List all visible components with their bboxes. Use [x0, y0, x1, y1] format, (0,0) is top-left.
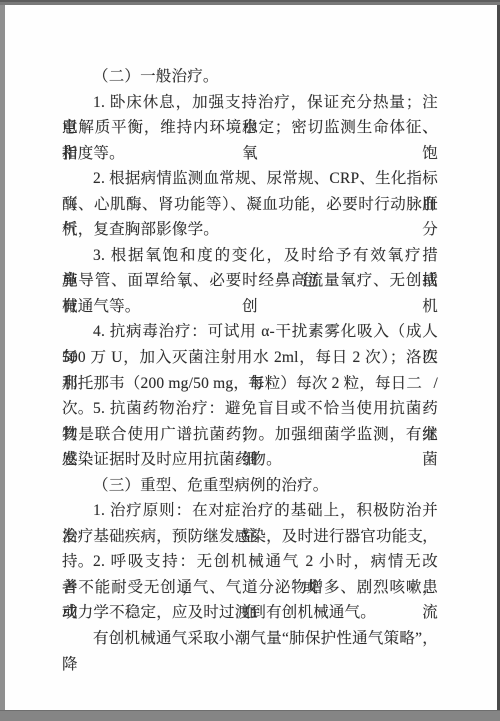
text-line: 酶、心肌酶、肾功能等）、凝血功能，必要时行动脉血气分: [62, 192, 438, 218]
text-line: 4. 抗病毒治疗：可试用 α-干扰素雾化吸入（成人每次: [62, 319, 438, 345]
text-line: 利托那韦（200 mg/50 mg，每粒）每次 2 粒，每日二次。: [62, 371, 438, 397]
text-line: 2. 呼吸支持：无创机械通气 2 小时，病情无改善，或患: [62, 549, 438, 575]
scan-edge-top: [0, 0, 500, 5]
text-line: 3. 根据氧饱和度的变化，及时给予有效氧疗措施，包括: [62, 243, 438, 269]
text-line: 5. 抗菌药物治疗：避免盲目或不恰当使用抗菌药物，尤: [62, 396, 438, 422]
scan-edge-bottom: [0, 710, 500, 721]
section-heading: （三）重型、危重型病例的治疗。: [62, 473, 438, 499]
text-line: 有创机械通气采取小潮气量“肺保护性通气策略”，降: [62, 626, 438, 652]
scan-edge-left: [0, 5, 5, 710]
text-line: 1. 卧床休息，加强支持治疗，保证充分热量；注意水、: [62, 90, 438, 116]
text-line: 鼻导管、面罩给氧、必要时经鼻高流量氧疗、无创或有创机: [62, 268, 438, 294]
text-line: 治疗基础疾病，预防继发感染，及时进行器官功能支持。: [62, 524, 438, 550]
text-line: 其是联合使用广谱抗菌药物。加强细菌学监测，有继发细菌: [62, 422, 438, 448]
text-line: 电解质平衡，维持内环境稳定；密切监测生命体征、指氧饱: [62, 115, 438, 141]
document-page-text: （二）一般治疗。1. 卧床休息，加强支持治疗，保证充分热量；注意水、电解质平衡，…: [62, 64, 438, 652]
text-line: 2. 根据病情监测血常规、尿常规、CRP、生化指标（肝: [62, 166, 438, 192]
text-line: 500 万 U，加入灭菌注射用水 2ml，每日 2 次）；洛匹那韦/: [62, 345, 438, 371]
text-line: 1. 治疗原则：在对症治疗的基础上，积极防治并发症，: [62, 498, 438, 524]
text-line: 者不能耐受无创通气、气道分泌物增多、剧烈咳嗽，或血流: [62, 575, 438, 601]
section-heading: （二）一般治疗。: [62, 64, 438, 90]
